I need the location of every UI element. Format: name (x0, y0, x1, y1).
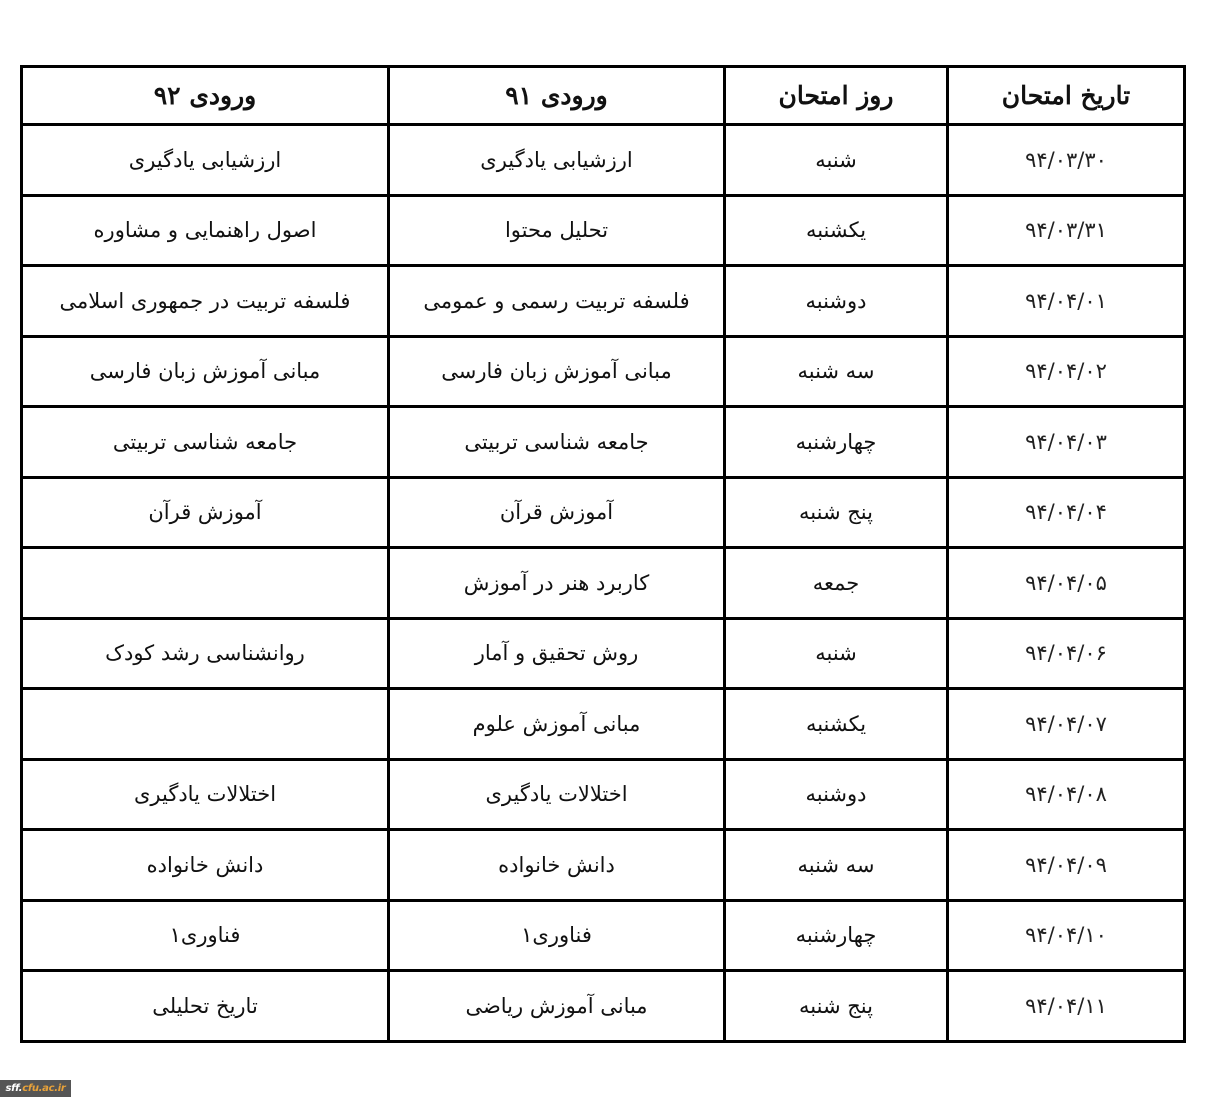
header-row: ورودی ۹۲ ورودی ۹۱ روز امتحان تاریخ امتحا… (22, 67, 1185, 125)
exam-schedule-container: ورودی ۹۲ ورودی ۹۱ روز امتحان تاریخ امتحا… (20, 65, 1183, 1043)
cell-exam-date: ۹۴/۰۴/۰۳ (948, 407, 1185, 478)
table-row: روانشناسی رشد کودک روش تحقیق و آمار شنبه… (22, 618, 1185, 689)
cell-entry-92: دانش خانواده (22, 830, 389, 901)
cell-exam-date: ۹۴/۰۴/۰۲ (948, 336, 1185, 407)
watermark-prefix: sff. (5, 1083, 22, 1094)
cell-entry-91: آموزش قرآن (389, 477, 725, 548)
cell-exam-day: یکشنبه (725, 195, 948, 266)
cell-exam-date: ۹۴/۰۳/۳۱ (948, 195, 1185, 266)
cell-entry-91: جامعه شناسی تربیتی (389, 407, 725, 478)
cell-exam-day: چهارشنبه (725, 407, 948, 478)
cell-exam-date: ۹۴/۰۴/۰۹ (948, 830, 1185, 901)
cell-entry-91: تحلیل محتوا (389, 195, 725, 266)
cell-exam-day: چهارشنبه (725, 900, 948, 971)
cell-entry-91: ارزشیابی یادگیری (389, 125, 725, 196)
cell-exam-date: ۹۴/۰۴/۱۱ (948, 971, 1185, 1042)
cell-entry-92: ارزشیابی یادگیری (22, 125, 389, 196)
cell-entry-92: روانشناسی رشد کودک (22, 618, 389, 689)
table-row: دانش خانواده دانش خانواده سه شنبه ۹۴/۰۴/… (22, 830, 1185, 901)
cell-exam-date: ۹۴/۰۴/۰۱ (948, 266, 1185, 337)
cell-exam-day: پنج شنبه (725, 477, 948, 548)
cell-entry-91: فلسفه تربیت رسمی و عمومی (389, 266, 725, 337)
header-entry-92: ورودی ۹۲ (22, 67, 389, 125)
cell-entry-92: اختلالات یادگیری (22, 759, 389, 830)
cell-entry-91: اختلالات یادگیری (389, 759, 725, 830)
cell-exam-day: سه شنبه (725, 830, 948, 901)
header-entry-91: ورودی ۹۱ (389, 67, 725, 125)
header-exam-day: روز امتحان (725, 67, 948, 125)
cell-entry-92: تاریخ تحلیلی (22, 971, 389, 1042)
cell-exam-date: ۹۴/۰۴/۰۶ (948, 618, 1185, 689)
watermark-domain: cfu.ac.ir (22, 1083, 65, 1094)
cell-entry-91: کاربرد هنر در آموزش (389, 548, 725, 619)
table-row: اصول راهنمایی و مشاوره تحلیل محتوا یکشنب… (22, 195, 1185, 266)
cell-exam-date: ۹۴/۰۴/۰۸ (948, 759, 1185, 830)
cell-entry-91: مبانی آموزش علوم (389, 689, 725, 760)
cell-entry-92: آموزش قرآن (22, 477, 389, 548)
header-exam-date: تاریخ امتحان (948, 67, 1185, 125)
table-row: مبانی آموزش زبان فارسی مبانی آموزش زبان … (22, 336, 1185, 407)
table-row: تاریخ تحلیلی مبانی آموزش ریاضی پنج شنبه … (22, 971, 1185, 1042)
cell-exam-date: ۹۴/۰۴/۰۷ (948, 689, 1185, 760)
cell-exam-day: شنبه (725, 125, 948, 196)
table-row: کاربرد هنر در آموزش جمعه ۹۴/۰۴/۰۵ (22, 548, 1185, 619)
cell-exam-date: ۹۴/۰۴/۰۴ (948, 477, 1185, 548)
exam-schedule-table: ورودی ۹۲ ورودی ۹۱ روز امتحان تاریخ امتحا… (20, 65, 1186, 1043)
table-row: جامعه شناسی تربیتی جامعه شناسی تربیتی چه… (22, 407, 1185, 478)
cell-exam-date: ۹۴/۰۴/۱۰ (948, 900, 1185, 971)
cell-entry-91: دانش خانواده (389, 830, 725, 901)
cell-exam-day: سه شنبه (725, 336, 948, 407)
table-row: مبانی آموزش علوم یکشنبه ۹۴/۰۴/۰۷ (22, 689, 1185, 760)
cell-entry-91: مبانی آموزش زبان فارسی (389, 336, 725, 407)
table-row: ارزشیابی یادگیری ارزشیابی یادگیری شنبه ۹… (22, 125, 1185, 196)
table-row: اختلالات یادگیری اختلالات یادگیری دوشنبه… (22, 759, 1185, 830)
cell-entry-92 (22, 548, 389, 619)
cell-exam-date: ۹۴/۰۳/۳۰ (948, 125, 1185, 196)
cell-entry-92 (22, 689, 389, 760)
cell-entry-92: فلسفه تربیت در جمهوری اسلامی (22, 266, 389, 337)
site-watermark: sff.cfu.ac.ir (0, 1080, 71, 1097)
cell-entry-91: روش تحقیق و آمار (389, 618, 725, 689)
cell-entry-91: مبانی آموزش ریاضی (389, 971, 725, 1042)
cell-exam-day: یکشنبه (725, 689, 948, 760)
cell-exam-day: شنبه (725, 618, 948, 689)
cell-exam-day: جمعه (725, 548, 948, 619)
table-row: فناوری۱ فناوری۱ چهارشنبه ۹۴/۰۴/۱۰ (22, 900, 1185, 971)
cell-exam-day: دوشنبه (725, 759, 948, 830)
cell-entry-92: فناوری۱ (22, 900, 389, 971)
cell-exam-day: پنج شنبه (725, 971, 948, 1042)
cell-entry-91: فناوری۱ (389, 900, 725, 971)
cell-exam-date: ۹۴/۰۴/۰۵ (948, 548, 1185, 619)
cell-entry-92: اصول راهنمایی و مشاوره (22, 195, 389, 266)
cell-entry-92: جامعه شناسی تربیتی (22, 407, 389, 478)
cell-exam-day: دوشنبه (725, 266, 948, 337)
table-row: آموزش قرآن آموزش قرآن پنج شنبه ۹۴/۰۴/۰۴ (22, 477, 1185, 548)
table-row: فلسفه تربیت در جمهوری اسلامی فلسفه تربیت… (22, 266, 1185, 337)
cell-entry-92: مبانی آموزش زبان فارسی (22, 336, 389, 407)
